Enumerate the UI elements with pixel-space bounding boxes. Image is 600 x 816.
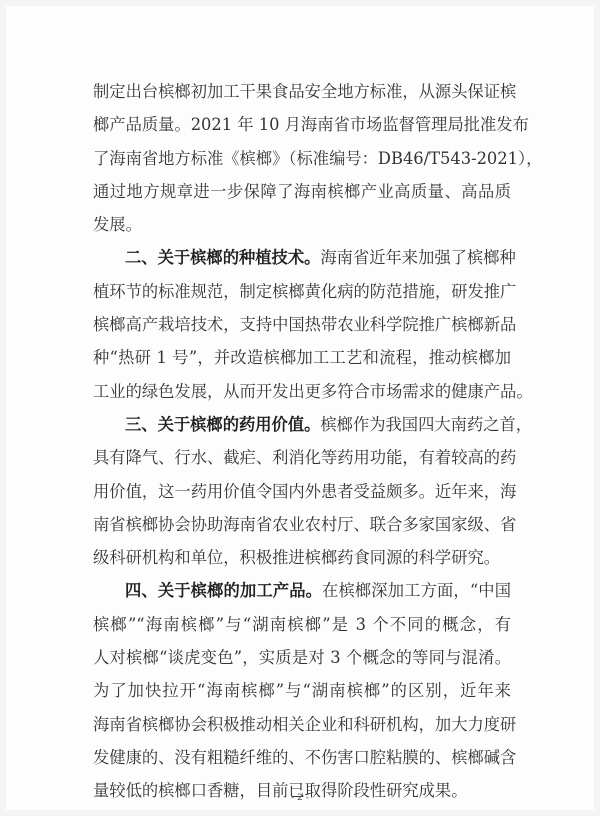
text-line: 海南省槟榔协会积极推动相关企业和科研机构，加大力度研 [93, 713, 511, 746]
text-line: 南省槟榔协会协助海南省农业农村厅、联合多家国家级、省 [93, 513, 511, 546]
page-number: - 2 - [0, 793, 600, 803]
text-line: 种“热研 1 号”，并改造槟榔加工工艺和流程，推动槟榔加 [93, 346, 511, 379]
text-run: 海南省近年来加强了槟榔种 [320, 248, 515, 267]
text-line: 用价值，这一药用价值令国内外患者受益颇多。近年来，海 [93, 480, 511, 513]
text-line: 级科研机构和单位，积极推进槟榔药食同源的科学研究。 [93, 546, 511, 579]
paragraph-first-line: 二、关于槟榔的种植技术。海南省近年来加强了槟榔种 [93, 246, 511, 279]
text-line: 发健康的、没有粗糙纤维的、不伤害口腔粘膜的、槟榔碱含 [93, 746, 511, 779]
text-line: 具有降气、行水、截疟、利消化等药用功能，有着较高的药 [93, 446, 511, 479]
text-line: 槟榔高产栽培技术，支持中国热带农业科学院推广槟榔新品 [93, 313, 511, 346]
paragraph-first-line: 四、关于槟榔的加工产品。在槟榔深加工方面，“中国 [93, 579, 511, 612]
text-line: 发展。 [93, 213, 511, 246]
text-line: 了海南省地方标准《槟榔》（标准编号：DB46/T543-2021）， [93, 147, 511, 180]
paragraph-medicinal-value: 三、关于槟榔的药用价值。槟榔作为我国四大南药之首， 具有降气、行水、截疟、利消化… [93, 413, 511, 579]
text-line: 制定出台槟榔初加工干果食品安全地方标准，从源头保证槟 [93, 80, 511, 113]
paragraph-standards-continuation: 制定出台槟榔初加工干果食品安全地方标准，从源头保证槟 榔产品质量。2021 年 … [93, 80, 511, 246]
text-line: 为了加快拉开“海南槟榔”与“湖南槟榔”的区别，近年来 [93, 679, 511, 712]
text-run: 槟榔作为我国四大南药之首， [320, 415, 532, 434]
text-line: 工业的绿色发展，从而开发出更多符合市场需求的健康产品。 [93, 380, 511, 413]
document-body: 制定出台槟榔初加工干果食品安全地方标准，从源头保证槟 榔产品质量。2021 年 … [93, 80, 511, 813]
paragraph-processed-products: 四、关于槟榔的加工产品。在槟榔深加工方面，“中国 槟榔”“海南槟榔”与“湖南槟榔… [93, 579, 511, 812]
paragraph-planting-technology: 二、关于槟榔的种植技术。海南省近年来加强了槟榔种 植环节的标准规范，制定槟榔黄化… [93, 246, 511, 412]
text-line: 植环节的标准规范，制定槟榔黄化病的防范措施，研发推广 [93, 280, 511, 313]
section-heading: 二、关于槟榔的种植技术。 [125, 248, 320, 267]
text-line: 通过地方规章进一步保障了海南槟榔产业高质量、高品质 [93, 180, 511, 213]
text-line: 榔产品质量。2021 年 10 月海南省市场监督管理局批准发布 [93, 113, 511, 146]
section-heading: 四、关于槟榔的加工产品。 [125, 581, 322, 600]
paragraph-first-line: 三、关于槟榔的药用价值。槟榔作为我国四大南药之首， [93, 413, 511, 446]
section-heading: 三、关于槟榔的药用价值。 [125, 415, 320, 434]
text-line: 人对槟榔“谈虎变色”，实质是对 3 个概念的等同与混淆。 [93, 646, 511, 679]
text-run: 在槟榔深加工方面，“中国 [322, 581, 511, 600]
text-line: 槟榔”“海南槟榔”与“湖南槟榔”是 3 个不同的概念，有 [93, 613, 511, 646]
